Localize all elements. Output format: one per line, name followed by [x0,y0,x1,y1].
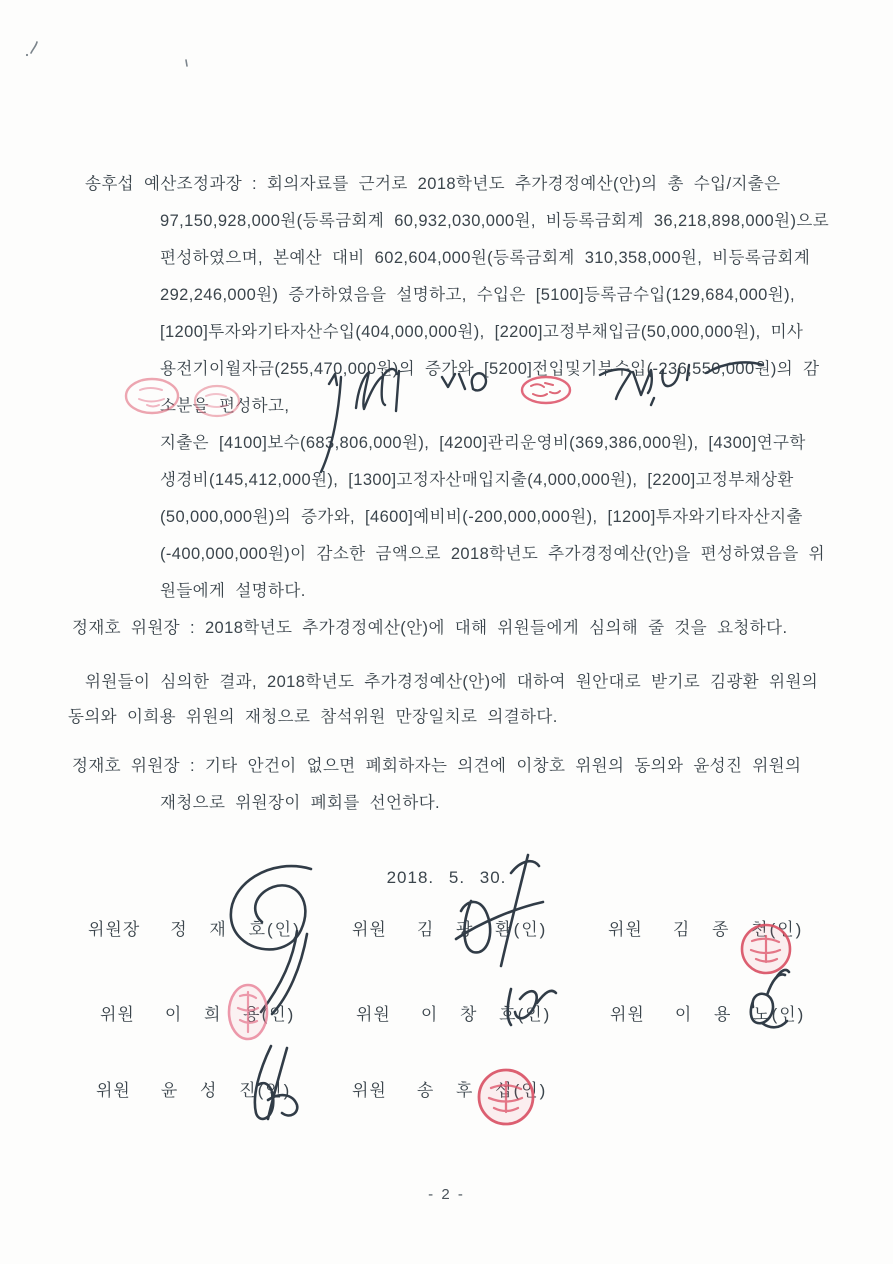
signer-name: 윤 성 진(인) [161,1081,291,1100]
signer-role: 위원 [352,1081,387,1100]
body-line-10: (50,000,000원)의 증가와, [4600]예비비(-200,000,0… [160,503,803,527]
body-line-16: 정재호 위원장 : 기타 안건이 없으면 폐회하자는 의견에 이창호 위원의 동… [72,752,801,776]
body-line-6: 용전기이월자금(255,470,000원)의 증가와 [5200]전입및기부수입… [160,355,819,379]
signature-member-song-hu-seop: 위원송 후 섭(인) [352,1076,547,1101]
body-line-15: 동의와 이희용 위원의 재청으로 참석위원 만장일치로 의결하다. [68,703,558,727]
signature-member-lee-chang-ho: 위원이 창 호(인) [356,1000,551,1025]
signature-member-lee-hui-yong: 위원이 희 용(인) [100,1000,295,1025]
signer-name: 김 종 천(인) [673,920,803,939]
body-line-3: 편성하였으며, 본예산 대비 602,604,000원(등록금회계 310,35… [160,244,810,268]
signer-role: 위원 [96,1081,131,1100]
body-line-7: 소분을 편성하고, [160,392,289,416]
signer-role: 위원 [610,1005,645,1024]
signer-name: 이 희 용(인) [165,1005,295,1024]
body-line-12: 원들에게 설명하다. [160,577,306,601]
signer-role: 위원 [356,1005,391,1024]
signer-role: 위원 [608,920,643,939]
signer-name: 정 재 호(인) [170,920,300,939]
body-line-1: 송후섭 예산조정과장 : 회의자료를 근거로 2018학년도 추가경정예산(안)… [85,170,780,194]
body-line-2: 97,150,928,000원(등록금회계 60,932,030,000원, 비… [160,207,829,231]
red-seal-stamp [522,377,570,403]
signer-name: 김 광 환(인) [417,920,547,939]
signer-name: 송 후 섭(인) [417,1081,547,1100]
signature-member-lee-yong-no: 위원이 용 노(인) [610,1000,805,1025]
page-number: - 2 - [0,1186,893,1203]
signer-role: 위원 [100,1005,135,1024]
body-line-4: 292,246,000원) 증가하였음을 설명하고, 수입은 [5100]등록금… [160,281,795,305]
signature-chairman-jeong-jae-ho: 위원장정 재 호(인) [88,915,301,940]
signer-name: 이 용 노(인) [675,1005,805,1024]
body-line-5: [1200]투자와기타자산수입(404,000,000원), [2200]고정부… [160,318,803,342]
signer-name: 이 창 호(인) [421,1005,551,1024]
signature-member-yun-seong-jin: 위원윤 성 진(인) [96,1076,291,1101]
body-line-13: 정재호 위원장 : 2018학년도 추가경정예산(안)에 대해 위원들에게 심의… [72,614,787,638]
meeting-date: 2018. 5. 30. [0,868,893,888]
signature-member-kim-gwang-hwan: 위원김 광 환(인) [352,915,547,940]
paper-speck-marks [26,42,187,66]
signer-role: 위원장 [88,920,140,939]
body-line-8: 지출은 [4100]보수(683,806,000원), [4200]관리운영비(… [160,429,806,453]
body-line-17: 재청으로 위원장이 폐회를 선언하다. [160,789,440,813]
signature-member-kim-jong-cheon: 위원김 종 천(인) [608,915,803,940]
signer-role: 위원 [352,920,387,939]
body-line-14: 위원들이 심의한 결과, 2018학년도 추가경정예산(안)에 대하여 원안대로… [85,668,818,692]
body-line-9: 생경비(145,412,000원), [1300]고정자산매입지출(4,000,… [160,466,794,490]
body-line-11: (-400,000,000원)이 감소한 금액으로 2018학년도 추가경정예산… [160,540,825,564]
scanned-minutes-page: 송후섭 예산조정과장 : 회의자료를 근거로 2018학년도 추가경정예산(안)… [0,0,893,1264]
